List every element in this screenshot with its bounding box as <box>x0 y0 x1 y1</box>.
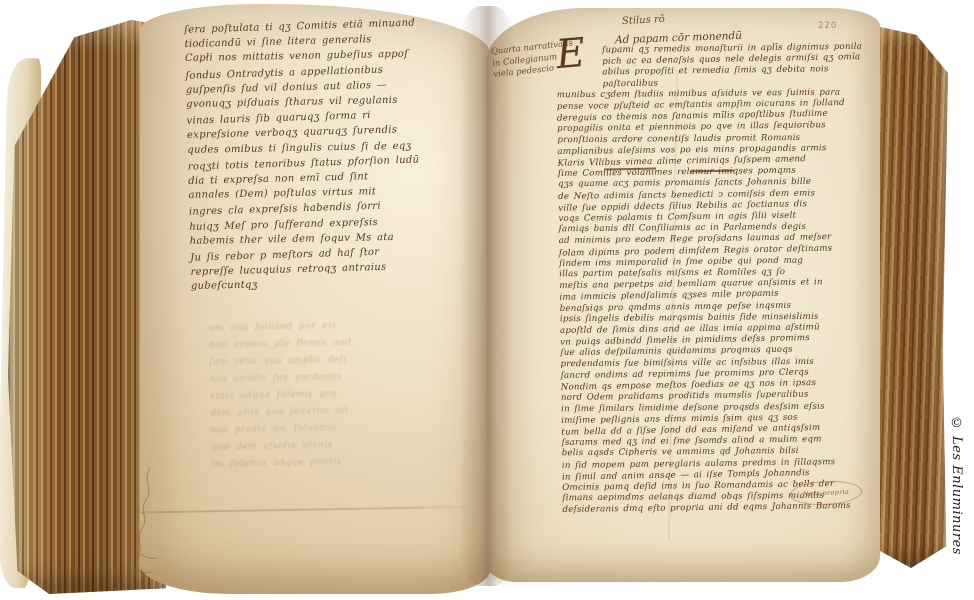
folio-number: 220 <box>818 21 837 31</box>
left-page-bleedthrough: um niis ſoluand por eisdim oramis ple ſi… <box>208 315 473 473</box>
script-line: in ſime ſimilars limidime deſsone proqsd… <box>561 401 883 415</box>
manuscript-photo: ſera poſtulata ti qʒ Comitis etiā minuan… <box>0 0 974 600</box>
copyright-credit: © Les Enluminures <box>949 416 964 600</box>
left-page-script: ſera poſtulata ti qʒ Comitis etiā minuan… <box>184 14 485 295</box>
running-header: Stilus rō <box>622 14 665 27</box>
circled-note-text: Nota propria <box>803 488 850 498</box>
pen-flourish <box>112 462 172 580</box>
decorated-initial: E <box>554 33 587 75</box>
right-page-script: ſupami qʒ remedis monaſturii in aplīs di… <box>556 42 885 517</box>
